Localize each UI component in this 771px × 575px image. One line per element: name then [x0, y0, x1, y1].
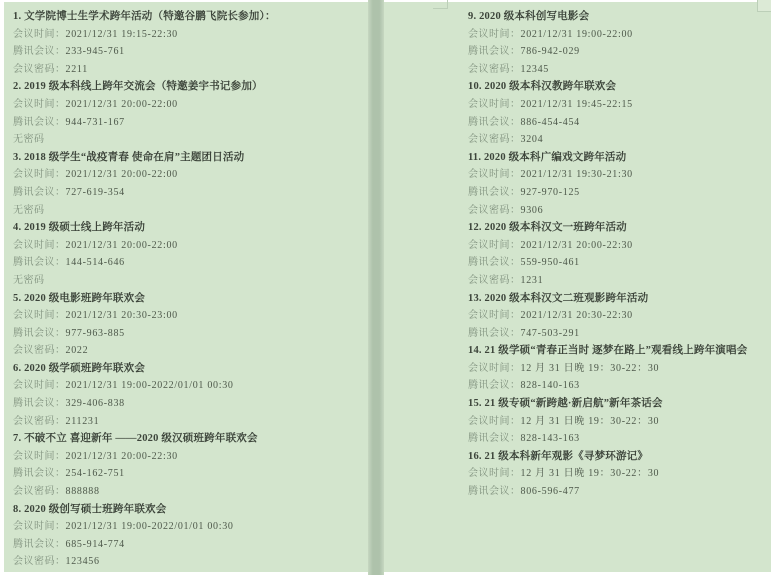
field-label: 腾讯会议： [13, 398, 66, 409]
field-value: 144-514-646 [66, 257, 125, 268]
field-value: 2021/12/31 20:30-22:30 [521, 310, 633, 321]
field-value: 2021/12/31 19:15-22:30 [66, 29, 178, 40]
field-label: 会议时间： [13, 240, 66, 251]
field-value: 2211 [66, 64, 88, 75]
field-label: 会议时间： [13, 29, 66, 40]
event-detail-line: 腾讯会议：977-963-885 [13, 325, 365, 343]
field-value: 211231 [66, 416, 100, 427]
field-value: 747-503-291 [521, 328, 580, 339]
field-label: 会议密码： [13, 486, 66, 497]
field-value: 233-945-761 [66, 46, 125, 57]
field-value: 254-162-751 [66, 468, 125, 479]
field-label: 会议时间： [13, 451, 66, 462]
field-label: 会议时间： [13, 310, 66, 321]
event-detail-line: 无密码 [13, 131, 365, 149]
field-label: 腾讯会议： [13, 328, 66, 339]
event-title: 9. 2020 级本科创写电影会 [468, 8, 766, 26]
event-detail-line: 腾讯会议：886-454-454 [468, 114, 766, 132]
field-value: 927-970-125 [521, 187, 580, 198]
event-title: 16. 21 级本科新年观影《寻梦环游记》 [468, 448, 766, 466]
field-value: 123456 [66, 556, 100, 567]
field-label: 腾讯会议： [468, 380, 521, 391]
event-detail-line: 会议时间：12 月 31 日晚 19：30-22：30 [468, 360, 766, 378]
event-detail-line: 腾讯会议：559-950-461 [468, 254, 766, 272]
text-boundary-corner-mark [433, 0, 448, 9]
event-detail-line: 会议密码：1231 [468, 272, 766, 290]
event-detail-line: 会议密码：123456 [13, 553, 365, 571]
field-label: 无密码 [13, 205, 45, 216]
field-value: 2021/12/31 20:00-22:30 [521, 240, 633, 251]
field-value: 727-619-354 [66, 187, 125, 198]
field-value: 888888 [66, 486, 100, 497]
field-value: 2021/12/31 20:00-22:30 [66, 451, 178, 462]
event-detail-line: 腾讯会议：828-143-163 [468, 430, 766, 448]
event-detail-line: 无密码 [13, 202, 365, 220]
field-value: 2021/12/31 20:30-23:00 [66, 310, 178, 321]
field-label: 腾讯会议： [468, 257, 521, 268]
field-label: 会议时间： [13, 380, 66, 391]
field-label: 腾讯会议： [13, 117, 66, 128]
field-value: 685-914-774 [66, 539, 125, 550]
field-label: 会议密码： [13, 416, 66, 427]
event-detail-line: 会议时间：2021/12/31 20:30-22:30 [468, 307, 766, 325]
field-value: 2021/12/31 19:00-2022/01/01 00:30 [66, 380, 234, 391]
event-detail-line: 会议时间：2021/12/31 20:00-22:00 [13, 96, 365, 114]
field-value: 977-963-885 [66, 328, 125, 339]
event-title: 7. 不破不立 喜迎新年 ——2020 级汉硕班跨年联欢会 [13, 430, 365, 448]
field-label: 会议密码： [468, 275, 521, 286]
event-title: 2. 2019 级本科线上跨年交流会（特邀姜宇书记参加） [13, 78, 365, 96]
event-detail-line: 会议时间：2021/12/31 19:15-22:30 [13, 26, 365, 44]
event-title: 3. 2018 级学生“战疫青春 使命在肩”主题团日活动 [13, 149, 365, 167]
event-detail-line: 会议密码：9306 [468, 202, 766, 220]
field-label: 会议密码： [13, 556, 66, 567]
event-detail-line: 会议时间：2021/12/31 20:00-22:00 [13, 237, 365, 255]
field-label: 会议时间： [13, 99, 66, 110]
field-label: 会议时间： [468, 363, 521, 374]
field-value: 3204 [521, 134, 544, 145]
field-label: 会议时间： [468, 240, 521, 251]
event-detail-line: 腾讯会议：254-162-751 [13, 465, 365, 483]
field-label: 腾讯会议： [468, 486, 521, 497]
event-title: 6. 2020 级学硕班跨年联欢会 [13, 360, 365, 378]
field-label: 会议密码： [13, 64, 66, 75]
field-value: 786-942-029 [521, 46, 580, 57]
field-label: 会议时间： [468, 468, 521, 479]
event-detail-line: 会议密码：3204 [468, 131, 766, 149]
field-label: 腾讯会议： [13, 46, 66, 57]
field-value: 2021/12/31 19:00-22:00 [521, 29, 633, 40]
event-detail-line: 会议密码：888888 [13, 483, 365, 501]
field-label: 腾讯会议： [468, 187, 521, 198]
event-detail-line: 无密码 [13, 272, 365, 290]
field-value: 2021/12/31 19:00-2022/01/01 00:30 [66, 521, 234, 532]
event-detail-line: 腾讯会议：747-503-291 [468, 325, 766, 343]
field-value: 12 月 31 日晚 19：30-22：30 [521, 363, 660, 374]
event-detail-line: 会议密码：211231 [13, 413, 365, 431]
field-label: 会议密码： [468, 134, 521, 145]
field-label: 腾讯会议： [468, 433, 521, 444]
field-value: 559-950-461 [521, 257, 580, 268]
field-value: 9306 [521, 205, 544, 216]
event-detail-line: 会议密码：12345 [468, 61, 766, 79]
event-detail-line: 会议时间：12 月 31 日晚 19：30-22：30 [468, 413, 766, 431]
field-value: 1231 [521, 275, 544, 286]
event-detail-line: 腾讯会议：786-942-029 [468, 43, 766, 61]
field-value: 2021/12/31 20:00-22:00 [66, 169, 178, 180]
event-detail-line: 腾讯会议：944-731-167 [13, 114, 365, 132]
field-label: 会议时间： [13, 521, 66, 532]
field-value: 2021/12/31 19:45-22:15 [521, 99, 633, 110]
field-value: 2021/12/31 20:00-22:00 [66, 240, 178, 251]
field-value: 12 月 31 日晚 19：30-22：30 [521, 416, 660, 427]
document-view: 1. 文学院博士生学术跨年活动（特邀谷鹏飞院长参加）：会议时间：2021/12/… [0, 0, 771, 575]
field-label: 会议时间： [468, 99, 521, 110]
field-value: 828-140-163 [521, 380, 580, 391]
field-label: 会议密码： [13, 345, 66, 356]
page-divider [368, 0, 384, 575]
field-label: 腾讯会议： [13, 539, 66, 550]
event-title: 8. 2020 级创写硕士班跨年联欢会 [13, 501, 365, 519]
event-detail-line: 会议时间：2021/12/31 19:30-21:30 [468, 166, 766, 184]
field-label: 会议密码： [468, 205, 521, 216]
field-value: 806-596-477 [521, 486, 580, 497]
field-label: 腾讯会议： [468, 117, 521, 128]
event-title: 4. 2019 级硕士线上跨年活动 [13, 219, 365, 237]
event-detail-line: 会议时间：2021/12/31 20:30-23:00 [13, 307, 365, 325]
field-label: 腾讯会议： [13, 187, 66, 198]
event-detail-line: 会议密码：2211 [13, 61, 365, 79]
field-value: 12345 [521, 64, 550, 75]
field-label: 无密码 [13, 275, 45, 286]
field-label: 会议密码： [468, 64, 521, 75]
event-detail-line: 会议时间：2021/12/31 19:00-22:00 [468, 26, 766, 44]
event-detail-line: 腾讯会议：806-596-477 [468, 483, 766, 501]
field-label: 会议时间： [468, 310, 521, 321]
event-detail-line: 会议时间：2021/12/31 19:00-2022/01/01 00:30 [13, 518, 365, 536]
event-title: 11. 2020 级本科广编戏文跨年活动 [468, 149, 766, 167]
field-value: 828-143-163 [521, 433, 580, 444]
right-page-text: 9. 2020 级本科创写电影会会议时间：2021/12/31 19:00-22… [468, 8, 766, 501]
field-label: 会议时间： [468, 416, 521, 427]
field-value: 2021/12/31 19:30-21:30 [521, 169, 633, 180]
event-detail-line: 会议密码：2022 [13, 342, 365, 360]
field-label: 腾讯会议： [13, 468, 66, 479]
event-detail-line: 会议时间：2021/12/31 20:00-22:00 [13, 166, 365, 184]
event-detail-line: 腾讯会议：727-619-354 [13, 184, 365, 202]
field-label: 腾讯会议： [13, 257, 66, 268]
event-detail-line: 会议时间：2021/12/31 20:00-22:30 [468, 237, 766, 255]
field-value: 329-406-838 [66, 398, 125, 409]
event-detail-line: 会议时间：2021/12/31 19:00-2022/01/01 00:30 [13, 377, 365, 395]
field-value: 886-454-454 [521, 117, 580, 128]
event-detail-line: 腾讯会议：144-514-646 [13, 254, 365, 272]
field-value: 2022 [66, 345, 89, 356]
field-label: 会议时间： [468, 29, 521, 40]
field-value: 2021/12/31 20:00-22:00 [66, 99, 178, 110]
event-title: 10. 2020 级本科汉教跨年联欢会 [468, 78, 766, 96]
event-title: 1. 文学院博士生学术跨年活动（特邀谷鹏飞院长参加）： [13, 8, 365, 26]
event-title: 13. 2020 级本科汉文二班观影跨年活动 [468, 290, 766, 308]
field-value: 944-731-167 [66, 117, 125, 128]
event-detail-line: 腾讯会议：685-914-774 [13, 536, 365, 554]
event-detail-line: 会议时间：2021/12/31 19:45-22:15 [468, 96, 766, 114]
event-detail-line: 腾讯会议：828-140-163 [468, 377, 766, 395]
event-detail-line: 腾讯会议：233-945-761 [13, 43, 365, 61]
field-value: 12 月 31 日晚 19：30-22：30 [521, 468, 660, 479]
event-detail-line: 会议时间：12 月 31 日晚 19：30-22：30 [468, 465, 766, 483]
field-label: 无密码 [13, 134, 45, 145]
event-title: 15. 21 级专硕“新跨越·新启航”新年茶话会 [468, 395, 766, 413]
field-label: 会议时间： [468, 169, 521, 180]
field-label: 会议时间： [13, 169, 66, 180]
field-label: 腾讯会议： [468, 328, 521, 339]
event-detail-line: 腾讯会议：329-406-838 [13, 395, 365, 413]
event-title: 14. 21 级学硕“青春正当时 逐梦在路上”观看线上跨年演唱会 [468, 342, 766, 360]
event-detail-line: 腾讯会议：927-970-125 [468, 184, 766, 202]
left-page-text: 1. 文学院博士生学术跨年活动（特邀谷鹏飞院长参加）：会议时间：2021/12/… [13, 8, 365, 571]
field-label: 腾讯会议： [468, 46, 521, 57]
event-detail-line: 会议时间：2021/12/31 20:00-22:30 [13, 448, 365, 466]
event-title: 12. 2020 级本科汉文一班跨年活动 [468, 219, 766, 237]
event-title: 5. 2020 级电影班跨年联欢会 [13, 290, 365, 308]
